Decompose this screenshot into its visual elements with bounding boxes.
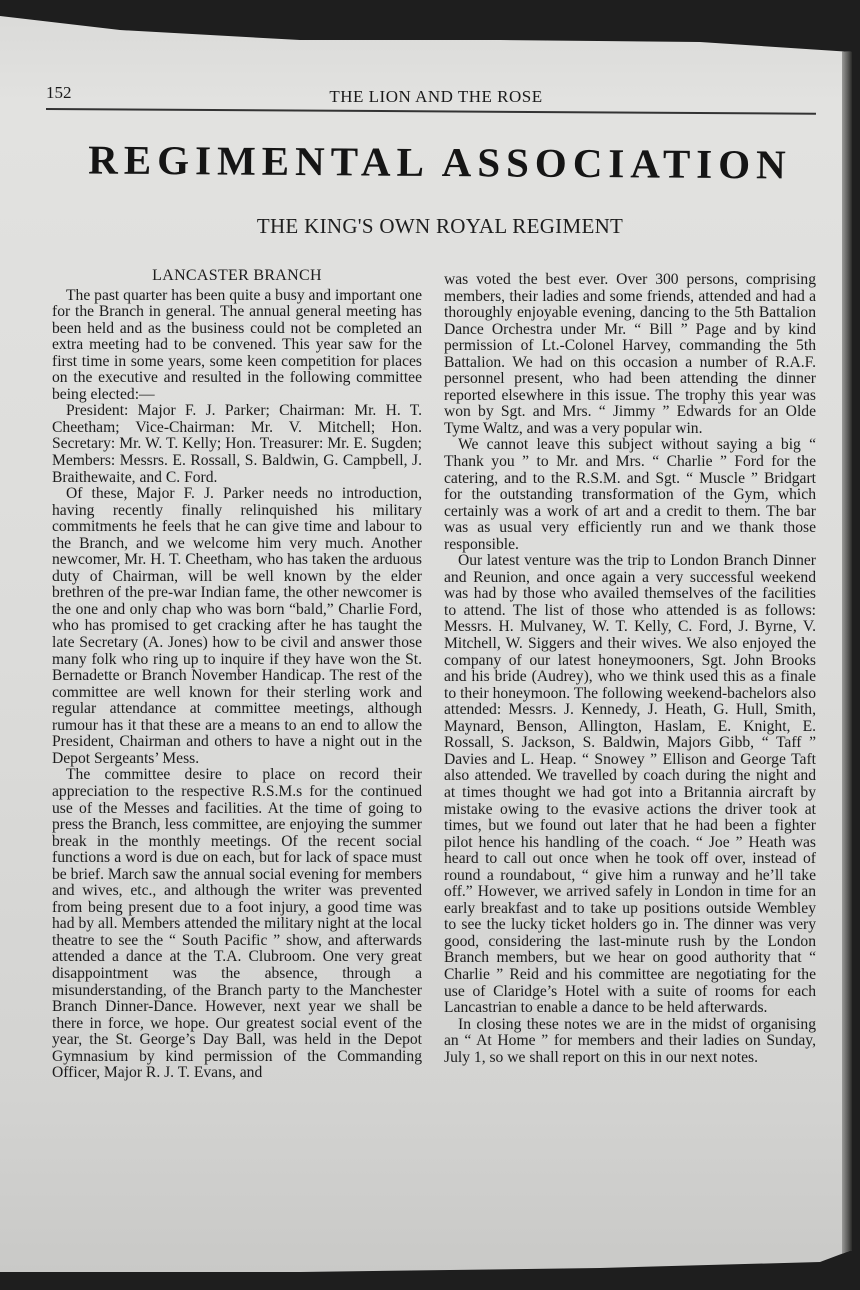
paragraph: Our latest venture was the trip to Londo… [444, 553, 816, 1016]
left-column: LANCASTER BRANCH The past quarter has be… [52, 268, 422, 1082]
paragraph: We cannot leave this subject without say… [444, 437, 816, 553]
paragraph: President: Major F. J. Parker; Chairman:… [52, 403, 422, 486]
paragraph: was voted the best ever. Over 300 person… [444, 272, 816, 437]
page-edge-shadow [842, 50, 852, 1260]
page-title: REGIMENTAL ASSOCIATION [60, 135, 820, 188]
right-column: was voted the best ever. Over 300 person… [444, 272, 816, 1066]
section-heading: LANCASTER BRANCH [52, 268, 422, 285]
running-header: 152 THE LION AND THE ROSE [46, 83, 786, 109]
paragraph: Of these, Major F. J. Parker needs no in… [52, 486, 422, 767]
journal-title: THE LION AND THE ROSE [46, 87, 786, 107]
page-subtitle: THE KING'S OWN ROYAL REGIMENT [60, 214, 820, 239]
paragraph: In closing these notes we are in the mid… [444, 1017, 816, 1067]
magazine-page: 152 THE LION AND THE ROSE REGIMENTAL ASS… [0, 0, 852, 1290]
paragraph: The past quarter has been quite a busy a… [52, 288, 422, 404]
paragraph: The committee desire to place on record … [52, 767, 422, 1081]
